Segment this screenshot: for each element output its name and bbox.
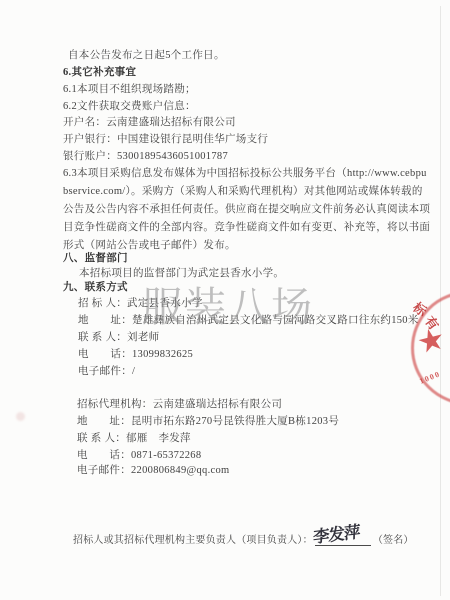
item-6-3-line-4: 目竞争性磋商文件的全部内容。竞争性磋商文件如有变更、补充等，将以书面: [63, 221, 430, 234]
tenderer-contact-line: 联 系 人：刘老师: [78, 331, 159, 344]
item-6-3-line-3: 公告及公告内容不承担任何责任。供应商在提交响应文件前务必认真阅读本项: [63, 203, 430, 216]
account-number-line: 银行账户：53001895436051001787: [63, 150, 228, 163]
scanned-document-page: 自本公告发布之日起5个工作日。 6.其它补充事宜 6.1本项目不组织现场踏勘； …: [0, 0, 450, 600]
item-6-3-line-2: bservice.com/）。采购方（采购人和采购代理机构）对其他网站或媒体转载…: [63, 185, 423, 198]
tenderer-name-line: 招 标 人：武定县香水小学: [78, 297, 203, 310]
signature-underline: 李发萍: [315, 531, 371, 546]
item-6-2: 6.2文件获取交费账户信息：: [63, 100, 196, 113]
signature-row: 招标人或其招标代理机构主要负责人（项目负责人）：李发萍（签名）: [73, 531, 414, 546]
agency-contact-line: 联 系 人：郁雁 李发萍: [77, 432, 191, 445]
account-bank-line: 开户银行：中国建设银行昆明佳华广场支行: [63, 133, 268, 146]
section-9-heading: 九、联系方式: [63, 281, 128, 294]
agency-phone-line: 电 话：0871-65372268: [77, 449, 201, 462]
item-6-1: 6.1本项目不组织现场踏勘；: [63, 83, 196, 96]
handwritten-signature: 李发萍: [313, 518, 360, 548]
tenderer-address-line: 地 址：楚雄彝族自治州武定县文化路与园河路交叉路口往东约150米: [78, 314, 419, 327]
tenderer-phone-line: 电 话：13099832625: [78, 348, 193, 361]
section-6-heading: 6.其它补充事宜: [63, 66, 136, 79]
agency-address-line: 地 址：昆明市拓东路270号昆铁得胜大厦B栋1203号: [77, 415, 339, 428]
tenderer-email-line: 电子邮件：/: [78, 365, 135, 378]
notice-period-line: 自本公告发布之日起5个工作日。: [68, 49, 225, 62]
signature-label: 招标人或其招标代理机构主要负责人（项目负责人）：: [73, 531, 313, 546]
item-6-3-line-1: 6.3本项目采购信息发布媒体为中国招标投标公共服务平台（http://www.c…: [63, 167, 427, 180]
section-8-body: 本招标项目的监督部门为武定县香水小学。: [79, 267, 284, 280]
agency-email-line: 电子邮件：2200806849@qq.com: [77, 464, 229, 477]
agency-name-line: 招标代理机构：云南建盛瑞达招标有限公司: [77, 398, 282, 411]
section-8-heading: 八、监督部门: [63, 252, 128, 265]
item-6-3-line-5: 形式（网站公告或电子邮件）发布。: [63, 239, 236, 252]
signature-suffix: （签名）: [373, 531, 414, 546]
account-name-line: 开户名：云南建盛瑞达招标有限公司: [63, 116, 236, 129]
scan-ink-blot: [16, 412, 25, 421]
